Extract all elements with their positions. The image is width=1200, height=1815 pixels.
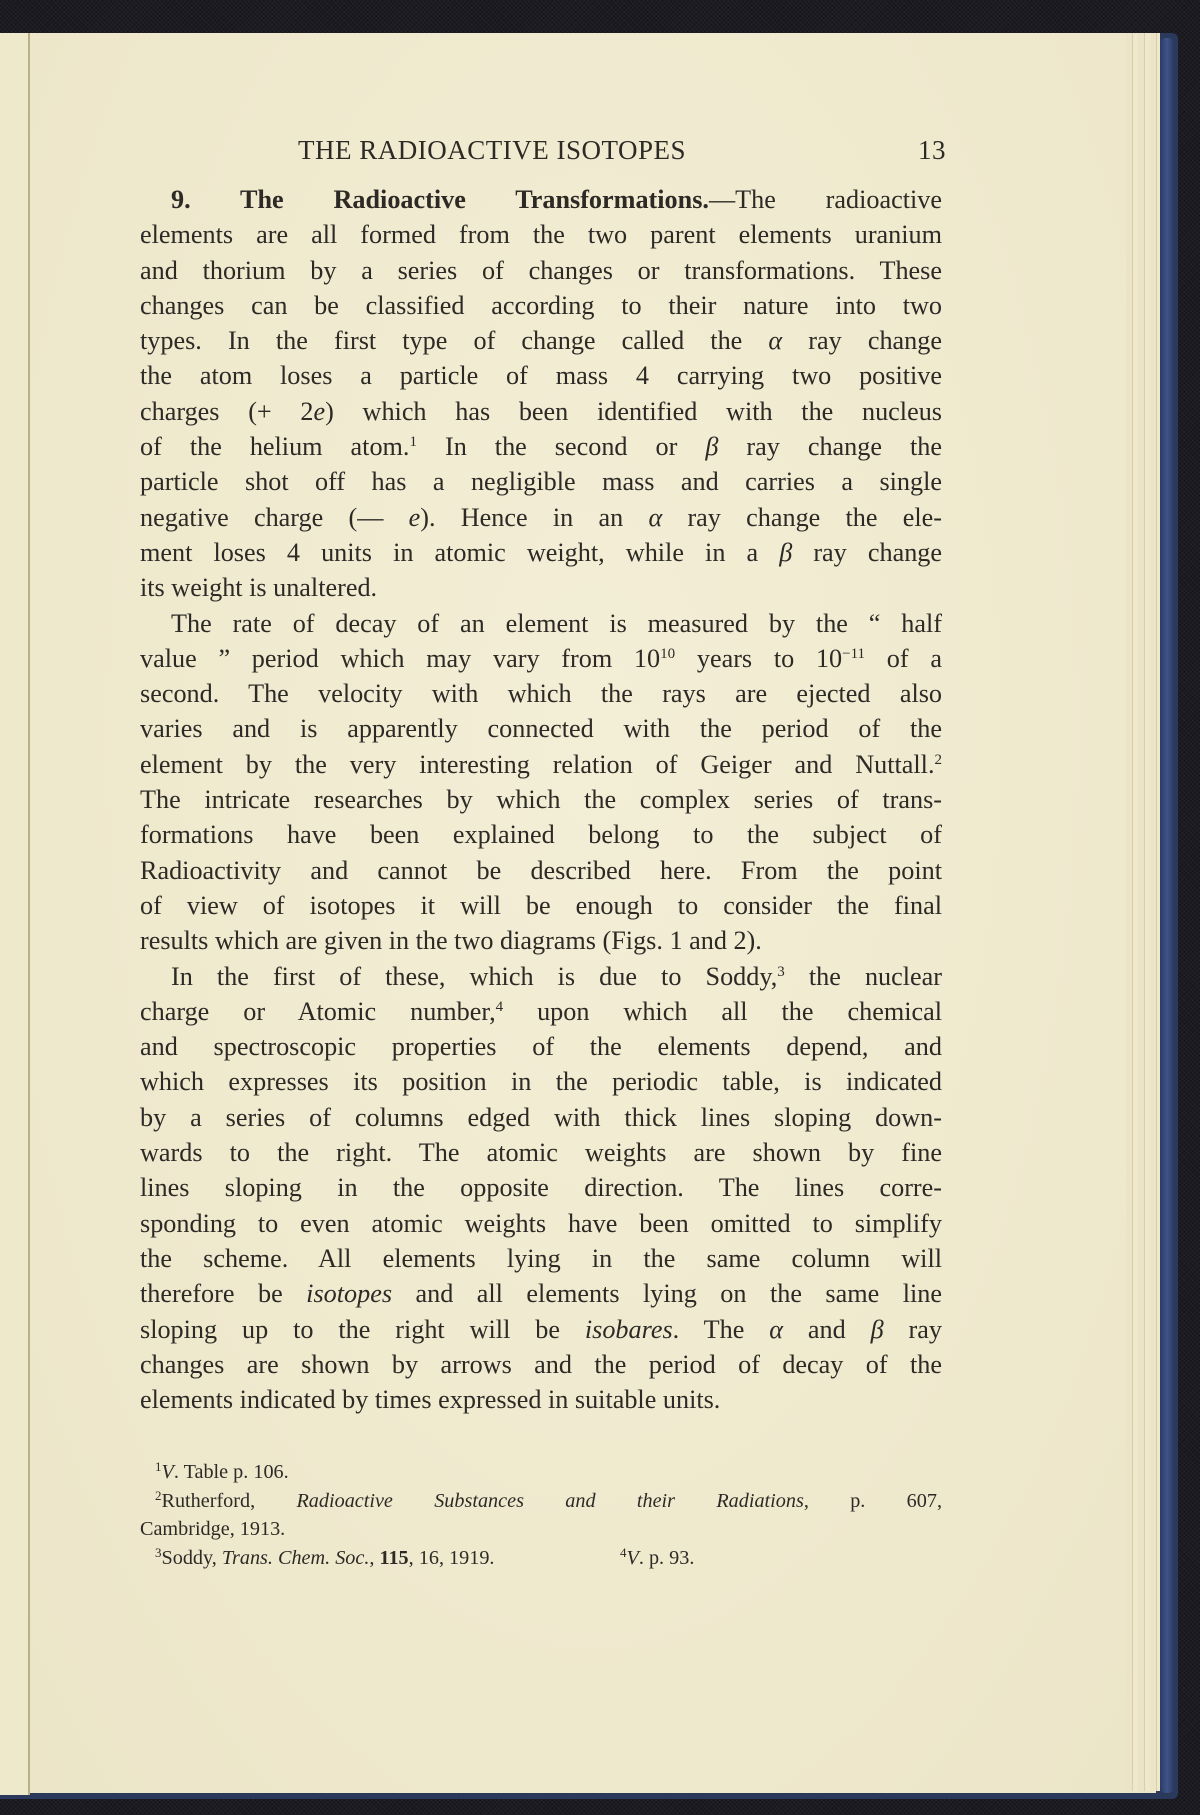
alpha-symbol: α bbox=[769, 1315, 783, 1344]
text-line: value ” period which may vary from 1010 … bbox=[140, 641, 942, 676]
running-head: THE RADIOACTIVE ISOTOPES 13 bbox=[298, 135, 946, 166]
footnote-ref-1: 1 bbox=[409, 434, 417, 450]
footnote-ref-2: 2 bbox=[935, 752, 943, 768]
text-line: changes can be classified according to t… bbox=[140, 288, 942, 323]
text-line: The rate of decay of an element is measu… bbox=[140, 606, 942, 641]
text-line: elements are all formed from the two par… bbox=[140, 217, 942, 252]
term-isobares: isobares bbox=[585, 1315, 673, 1344]
beta-symbol: β bbox=[871, 1315, 884, 1344]
text-line: which expresses its position in the peri… bbox=[140, 1064, 942, 1099]
footnote-2: 2Rutherford, Radioactive Substances and … bbox=[140, 1487, 942, 1516]
footnote-ref-3: 3 bbox=[777, 964, 785, 980]
text-line: the scheme. All elements lying in the sa… bbox=[140, 1241, 942, 1276]
text-line: ment loses 4 units in atomic weight, whi… bbox=[140, 535, 942, 570]
text-line: of the helium atom.1 In the second or β … bbox=[140, 429, 942, 464]
footnote-3: 3Soddy, Trans. Chem. Soc., 115, 16, 1919… bbox=[140, 1544, 942, 1573]
text-line: formations have been explained belong to… bbox=[140, 817, 942, 852]
text-line: wards to the right. The atomic weights a… bbox=[140, 1135, 942, 1170]
beta-symbol: β bbox=[779, 538, 792, 567]
footnote-4: 4V. p. 93. bbox=[620, 1544, 694, 1573]
footnote-ref-4: 4 bbox=[496, 999, 504, 1015]
page-number: 13 bbox=[918, 135, 946, 166]
page-stack-edges bbox=[1126, 33, 1160, 1791]
alpha-symbol: α bbox=[648, 503, 662, 532]
text-line: The intricate researches by which the co… bbox=[140, 782, 942, 817]
body-text: 9. The Radioactive Transformations.—The … bbox=[140, 182, 942, 1417]
text-line: sponding to even atomic weights have bee… bbox=[140, 1206, 942, 1241]
text-line: and spectroscopic properties of the elem… bbox=[140, 1029, 942, 1064]
text-line: element by the very interesting relation… bbox=[140, 747, 942, 782]
text-line: second. The velocity with which the rays… bbox=[140, 676, 942, 711]
text-line: results which are given in the two diagr… bbox=[140, 923, 942, 958]
facing-page-edge bbox=[0, 33, 30, 1795]
text-line: particle shot off has a negligible mass … bbox=[140, 464, 942, 499]
text-line: types. In the first type of change calle… bbox=[140, 323, 942, 358]
beta-symbol: β bbox=[705, 432, 718, 461]
text-line: 9. The Radioactive Transformations.—The … bbox=[140, 182, 942, 217]
text-line: charge or Atomic number,4 upon which all… bbox=[140, 994, 942, 1029]
book-spine-edge bbox=[1160, 38, 1174, 1793]
text-line: Radioactivity and cannot be described he… bbox=[140, 853, 942, 888]
text-line: its weight is unaltered. bbox=[140, 570, 942, 605]
text-line: negative charge (— e). Hence in an α ray… bbox=[140, 500, 942, 535]
text-line: and thorium by a series of changes or tr… bbox=[140, 253, 942, 288]
footnote-2-continued: Cambridge, 1913. bbox=[140, 1515, 942, 1544]
footnote-2-title: Radioactive Substances and their Radiati… bbox=[296, 1490, 803, 1512]
text-line: the atom loses a particle of mass 4 carr… bbox=[140, 358, 942, 393]
running-head-title: THE RADIOACTIVE ISOTOPES bbox=[298, 135, 686, 166]
text-line: charges (+ 2e) which has been identified… bbox=[140, 394, 942, 429]
text-line: by a series of columns edged with thick … bbox=[140, 1100, 942, 1135]
text-line: of view of isotopes it will be enough to… bbox=[140, 888, 942, 923]
text-line: therefore be isotopes and all elements l… bbox=[140, 1276, 942, 1311]
term-isotopes: isotopes bbox=[306, 1279, 392, 1308]
footnote-1: 1V. Table p. 106. bbox=[140, 1458, 942, 1487]
alpha-symbol: α bbox=[768, 326, 782, 355]
text-line: elements indicated by times expressed in… bbox=[140, 1382, 942, 1417]
text-line: lines sloping in the opposite direction.… bbox=[140, 1170, 942, 1205]
text-line: sloping up to the right will be isobares… bbox=[140, 1312, 942, 1347]
text-line: varies and is apparently connected with … bbox=[140, 711, 942, 746]
text-line: changes are shown by arrows and the peri… bbox=[140, 1347, 942, 1382]
footnotes: 1V. Table p. 106. 2Rutherford, Radioacti… bbox=[140, 1458, 942, 1572]
text-line: In the first of these, which is due to S… bbox=[140, 959, 942, 994]
section-heading: 9. The Radioactive Transformations. bbox=[171, 185, 709, 214]
